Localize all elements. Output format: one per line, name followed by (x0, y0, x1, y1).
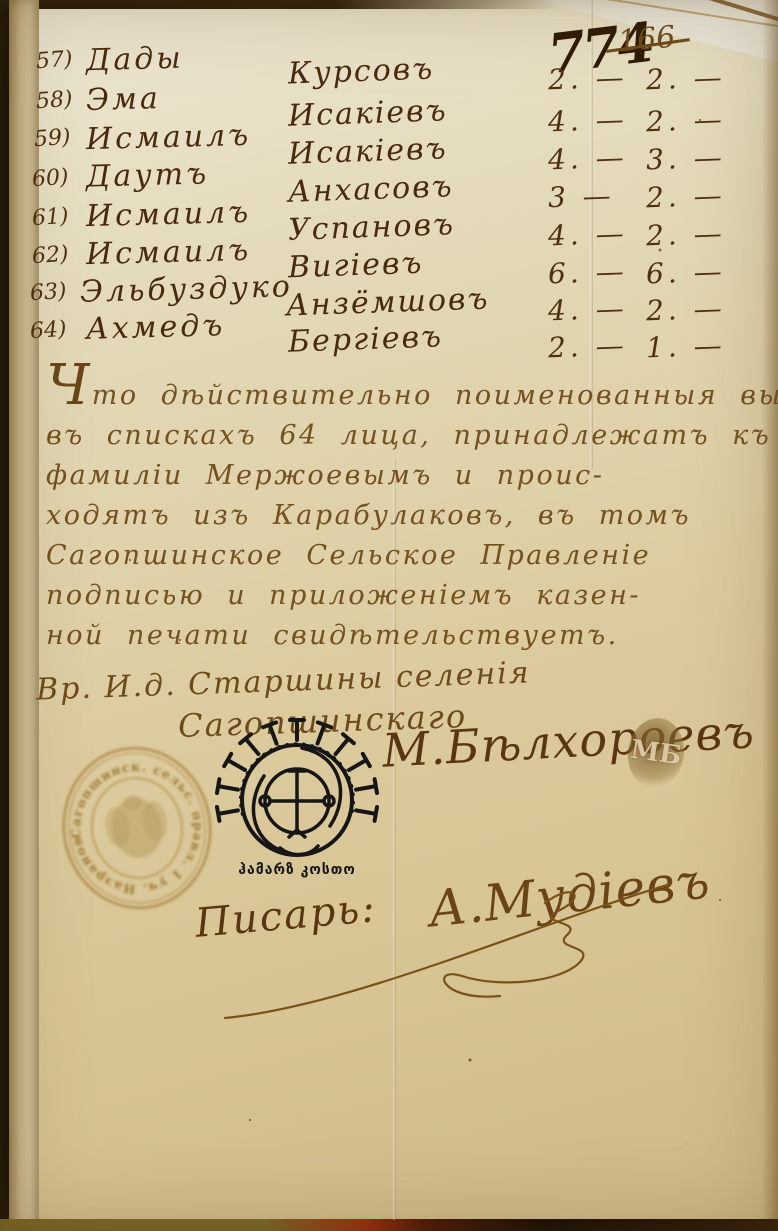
first-name: Исмаилъ (86, 195, 252, 234)
watermark-caption: ჰამარზ კოსთო (238, 862, 355, 878)
figure-col2: 2. — (645, 292, 726, 328)
figure-col1: 6. — (547, 255, 628, 291)
row-number: 61) (31, 204, 69, 231)
surname: Успановъ (287, 207, 455, 248)
watermark-logo: ჰამარზ კოსთო (192, 708, 408, 890)
figure-col1: 2. — (547, 329, 628, 365)
row-number: 64) (29, 317, 67, 344)
figure-col1: 2. — (547, 61, 628, 97)
attestation-line: фамиліи Мержоевымъ и проис- (46, 456, 756, 496)
attestation-line: Сагопшинское Сельское Правленіе (46, 536, 756, 576)
figure-col2: 2. — (645, 61, 726, 97)
surname: Анхасовъ (287, 169, 454, 210)
figure-col2: 2. — (645, 103, 726, 139)
attestation-line: ходятъ изъ Карабулаковъ, въ томъ (46, 496, 756, 536)
attestation-line: Что дѣйствительно поименованныя выше (46, 366, 756, 416)
first-name: Исмаилъ (86, 233, 252, 272)
clerk-signature: А.Мудіевъ (426, 851, 713, 938)
page-left-dark-edge (0, 0, 9, 1231)
figure-col2: 1. — (645, 329, 726, 365)
figure-col2: 6. — (645, 255, 726, 291)
document-page: 774 166 57) Дады Курсовъ 2. — 2. — 58) Э… (0, 0, 778, 1231)
row-number: 62) (31, 242, 69, 269)
row-number: 58) (35, 87, 73, 114)
figure-col2: 2. — (645, 179, 726, 215)
first-name: Эльбуздуко (80, 269, 294, 310)
row-number: 60) (31, 165, 69, 192)
first-name: Эма (86, 81, 162, 118)
surname: Исакіевъ (287, 93, 448, 134)
first-name: Даутъ (86, 156, 210, 194)
imperial-eagle-impression (101, 790, 173, 863)
attestation-line: въ спискахъ 64 лица, принадлежатъ къ (46, 416, 756, 456)
surname: Вигіевъ (287, 246, 423, 286)
attestation-line: подписью и приложеніемъ казен- (46, 576, 756, 616)
figure-col2: 2. — (645, 217, 726, 253)
row-number: 59) (33, 125, 71, 152)
first-name: Исмаилъ (86, 118, 252, 157)
page-bottom-edge (0, 1219, 778, 1231)
row-number: 57) (35, 47, 73, 74)
page-right-edge (762, 0, 778, 1231)
seal-monogram: МБ (629, 735, 684, 772)
attestation-line: ной печати свидѣтельствуетъ. (46, 616, 756, 656)
figure-col2: 3. — (645, 141, 726, 177)
surname: Исакіевъ (287, 131, 448, 172)
surname: Курсовъ (287, 51, 434, 91)
figure-col1: 4. — (547, 292, 628, 328)
attestation-paragraph: Что дѣйствительно поименованныя выше въ … (46, 366, 756, 656)
figure-col1: 4. — (547, 103, 628, 139)
figure-col1: 4. — (547, 217, 628, 253)
old-folio-number: 166 (617, 20, 677, 60)
surname: Анзёмшовъ (285, 281, 490, 323)
surname: Бергіевъ (287, 319, 443, 359)
first-name: Дады (86, 41, 185, 79)
row-number: 63) (29, 279, 67, 306)
figure-col1: 4. — (547, 141, 628, 177)
figure-col1: 3 — (547, 179, 615, 214)
page-top-edge (0, 0, 560, 9)
first-name: Ахмедъ (86, 308, 226, 347)
